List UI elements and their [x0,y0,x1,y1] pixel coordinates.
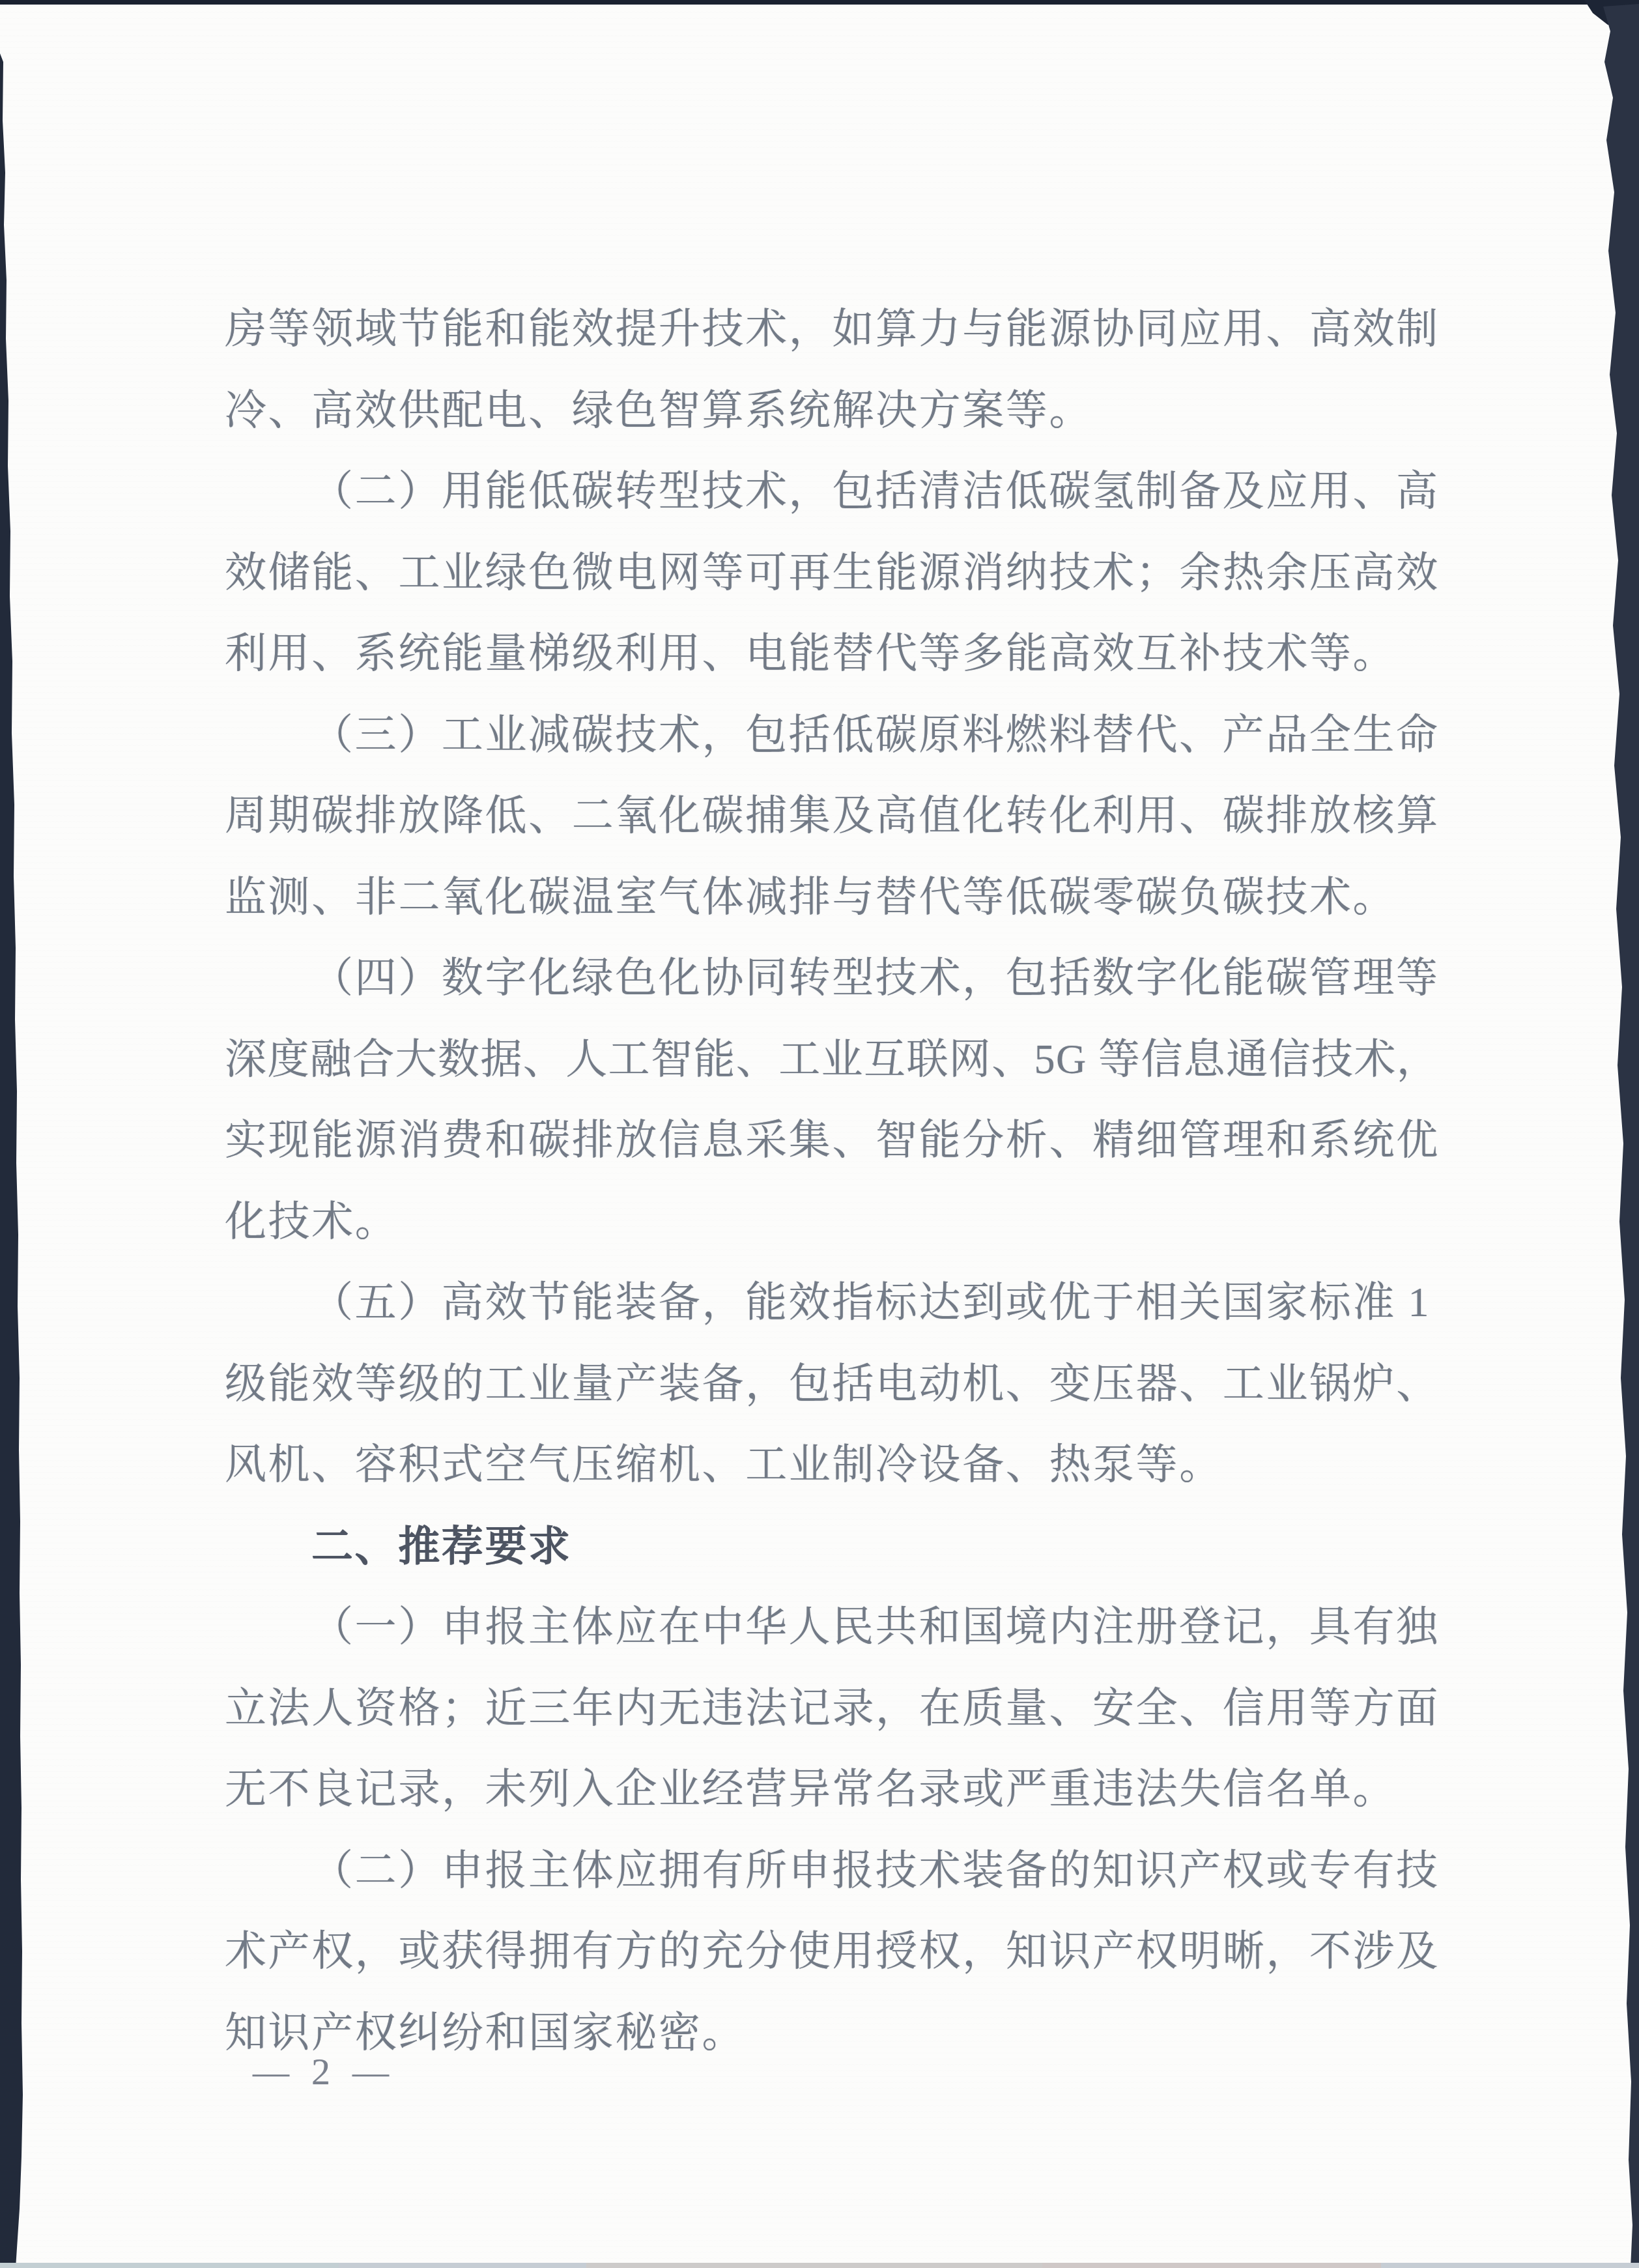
document-line-22: 知识产权纠纷和国家秘密。 [225,1992,1446,2074]
document-line-5: 利用、系统能量梯级利用、电能替代等多能高效互补技术等。 [225,613,1446,695]
document-line-9: （四）数字化绿色化协同转型技术，包括数字化能碳管理等 [225,938,1446,1019]
document-line-4: 效储能、工业绿色微电网等可再生能源消纳技术；余热余压高效 [225,532,1446,614]
document-line-17: （一）申报主体应在中华人民共和国境内注册登记，具有独 [225,1586,1446,1668]
document-body: 房等领域节能和能效提升技术，如算力与能源协同应用、高效制 冷、高效供配电、绿色智… [225,289,1446,2073]
document-line-2: 冷、高效供配电、绿色智算系统解决方案等。 [225,370,1446,452]
scan-edge-right [1603,4,1639,2268]
scan-edge-bottom-tint-warm [586,2263,1042,2268]
footer-dash-right: — [352,2041,389,2104]
scan-edge-top [0,0,1639,5]
document-line-7: 周期碳排放降低、二氧化碳捕集及高值化转化利用、碳排放核算 [225,775,1446,857]
document-line-11: 实现能源消费和碳排放信息采集、智能分析、精细管理和系统优 [225,1100,1446,1181]
scan-edge-bottom-tint-teal [0,2263,339,2268]
section-heading-recommendation-requirements: 二、推荐要求 [225,1506,1446,1587]
scanned-document-page: 房等领域节能和能效提升技术，如算力与能源协同应用、高效制 冷、高效供配电、绿色智… [0,0,1639,2268]
document-line-18: 立法人资格；近三年内无违法记录，在质量、安全、信用等方面 [225,1668,1446,1749]
page-footer: —2— [253,2041,389,2103]
document-line-6: （三）工业减碳技术，包括低碳原料燃料替代、产品全生命 [225,695,1446,776]
document-line-19: 无不良记录，未列入企业经营异常名录或严重违法失信名单。 [225,1749,1446,1830]
document-line-21: 术产权，或获得拥有方的充分使用授权，知识产权明晰，不涉及 [225,1911,1446,1992]
document-line-8: 监测、非二氧化碳温室气体减排与替代等低碳零碳负碳技术。 [225,857,1446,938]
document-line-14: 级能效等级的工业量产装备，包括电动机、变压器、工业锅炉、 [225,1343,1446,1425]
document-line-12: 化技术。 [225,1181,1446,1263]
page-number: 2 [311,2041,330,2103]
footer-dash-left: — [253,2041,289,2104]
document-line-15: 风机、容积式空气压缩机、工业制冷设备、热泵等。 [225,1424,1446,1506]
document-line-10: 深度融合大数据、人工智能、工业互联网、5G 等信息通信技术， [225,1019,1446,1100]
scan-edge-left [0,53,23,2268]
document-line-1: 房等领域节能和能效提升技术，如算力与能源协同应用、高效制 [225,289,1446,370]
scan-edge-bottom [0,2263,1639,2268]
document-line-13: （五）高效节能装备，能效指标达到或优于相关国家标准 1 [225,1262,1446,1343]
scan-edge-top-right-blob [1584,0,1639,27]
document-line-3: （二）用能低碳转型技术，包括清洁低碳氢制备及应用、高 [225,451,1446,532]
document-line-20: （二）申报主体应拥有所申报技术装备的知识产权或专有技 [225,1830,1446,1912]
scan-edge-bottom-tint-pink [1042,2263,1381,2268]
